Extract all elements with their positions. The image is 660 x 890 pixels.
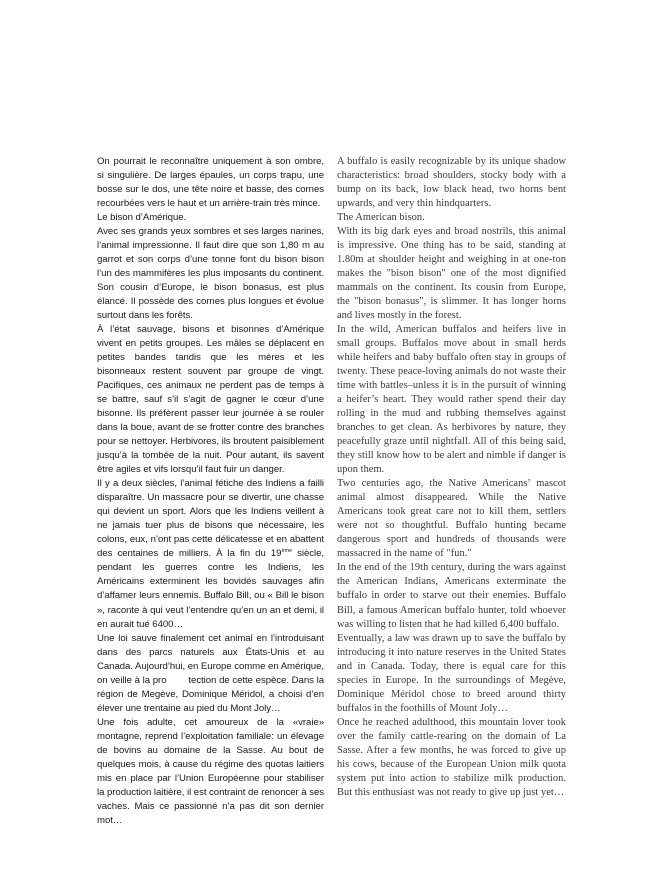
paragraph-en-3: With its big dark eyes and broad nostril… bbox=[337, 225, 566, 323]
paragraph-en-2: The American bison. bbox=[337, 211, 566, 225]
paragraph-en-6: In the end of the 19th century, during t… bbox=[337, 561, 566, 631]
paragraph-en-1: A buffalo is easily recognizable by its … bbox=[337, 155, 566, 211]
paragraph-en-8: Once he reached adulthood, this mountain… bbox=[337, 716, 566, 800]
paragraph-fr-3: Avec ses grands yeux sombres et ses larg… bbox=[97, 225, 324, 323]
paragraph-fr-1: On pourrait le reconnaître uniquement à … bbox=[97, 155, 324, 211]
paragraph-en-4: In the wild, American buffalos and heife… bbox=[337, 323, 566, 477]
paragraph-fr-5-end: siècle, pendant les guerres contre les I… bbox=[97, 548, 324, 629]
paragraph-fr-7: Une fois adulte, cet amoureux de la «vra… bbox=[97, 716, 324, 828]
century-number: 19 bbox=[271, 548, 282, 559]
paragraph-fr-6: Une loi sauve finalement cet animal en l… bbox=[97, 632, 324, 716]
document-page: On pourrait le reconnaître uniquement à … bbox=[0, 0, 660, 890]
paragraph-fr-4: À l’état sauvage, bisons et bisonnes d’A… bbox=[97, 323, 324, 477]
paragraph-en-7: Eventually, a law was drawn up to save t… bbox=[337, 632, 566, 716]
english-text-column: A buffalo is easily recognizable by its … bbox=[337, 155, 566, 800]
french-text-column: On pourrait le reconnaître uniquement à … bbox=[97, 155, 324, 828]
paragraph-fr-5: Il y a deux siècles, l’animal fétiche de… bbox=[97, 477, 324, 631]
paragraph-en-5: Two centuries ago, the Native Americans’… bbox=[337, 477, 566, 561]
paragraph-fr-2: Le bison d’Amérique. bbox=[97, 211, 324, 225]
century-suffix: ème bbox=[281, 548, 292, 554]
